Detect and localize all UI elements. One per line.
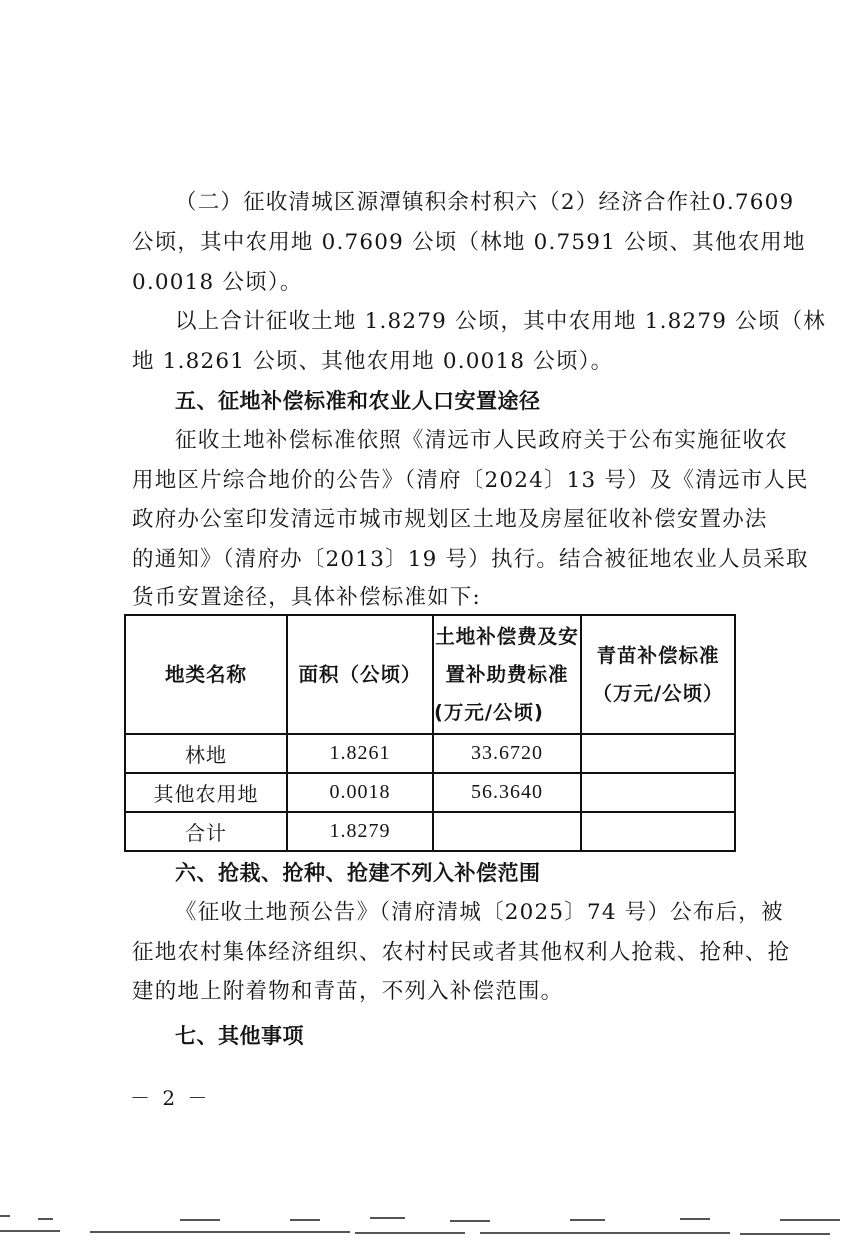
section-5-line: 的通知》（清府办〔2013〕19 号）执行。结合被征地农业人员采取	[132, 540, 734, 580]
section-heading-6: 六、抢栽、抢种、抢建不列入补偿范围	[175, 853, 777, 893]
cell-area: 1.8261	[287, 734, 433, 773]
paragraph-line: 0.0018 公顷）。	[132, 263, 734, 303]
cell-area: 0.0018	[287, 773, 433, 812]
table-header-row: 地类名称 面积（公顷） 土地补偿费及安置补助费标准(万元/公顷) 青苗补偿标准（…	[125, 615, 735, 734]
header-land-type: 地类名称	[125, 615, 287, 734]
section-6-line: 《征收土地预公告》（清府清城〔2025〕74 号）公布后，被	[175, 893, 735, 933]
cell-land-type: 其他农用地	[125, 773, 287, 812]
header-land-compensation: 土地补偿费及安置补助费标准(万元/公顷)	[433, 615, 581, 734]
cell-land-type: 合计	[125, 812, 287, 851]
section-heading-5: 五、征地补偿标准和农业人口安置途径	[175, 381, 777, 421]
cell-land-compensation	[433, 812, 581, 851]
cell-land-compensation: 33.6720	[433, 734, 581, 773]
compensation-table: 地类名称 面积（公顷） 土地补偿费及安置补助费标准(万元/公顷) 青苗补偿标准（…	[124, 614, 736, 852]
table-row: 林地 1.8261 33.6720	[125, 734, 735, 773]
document-page: （二）征收清城区源潭镇积余村积六（2）经济合作社0.7609 公顷，其中农用地 …	[0, 0, 850, 1243]
paragraph-line: （二）征收清城区源潭镇积余村积六（2）经济合作社0.7609	[175, 183, 735, 223]
header-area: 面积（公顷）	[287, 615, 433, 734]
page-number: － 2 －	[130, 1082, 210, 1111]
section-6-line: 建的地上附着物和青苗，不列入补偿范围。	[132, 972, 734, 1012]
cell-land-compensation: 56.3640	[433, 773, 581, 812]
cell-area: 1.8279	[287, 812, 433, 851]
header-crop-compensation: 青苗补偿标准（万元/公顷）	[581, 615, 735, 734]
section-5-line: 征收土地补偿标准依照《清远市人民政府关于公布实施征收农	[175, 421, 735, 461]
cell-land-type: 林地	[125, 734, 287, 773]
section-heading-7: 七、其他事项	[175, 1016, 777, 1056]
scan-artifact-strip	[0, 1215, 850, 1235]
table-row: 其他农用地 0.0018 56.3640	[125, 773, 735, 812]
section-5-line: 货币安置途径，具体补偿标准如下:	[132, 578, 734, 618]
summary-line: 以上合计征收土地 1.8279 公顷，其中农用地 1.8279 公顷（林	[175, 302, 735, 342]
section-5-line: 用地区片综合地价的公告》（清府〔2024〕13 号）及《清远市人民	[132, 461, 734, 501]
paragraph-line: 公顷，其中农用地 0.7609 公顷（林地 0.7591 公顷、其他农用地	[132, 223, 734, 263]
table-row-total: 合计 1.8279	[125, 812, 735, 851]
section-5-line: 政府办公室印发清远市城市规划区土地及房屋征收补偿安置办法	[132, 500, 734, 540]
summary-line: 地 1.8261 公顷、其他农用地 0.0018 公顷）。	[132, 342, 734, 382]
cell-crop-compensation	[581, 773, 735, 812]
section-6-line: 征地农村集体经济组织、农村村民或者其他权利人抢栽、抢种、抢	[132, 933, 734, 973]
cell-crop-compensation	[581, 812, 735, 851]
cell-crop-compensation	[581, 734, 735, 773]
